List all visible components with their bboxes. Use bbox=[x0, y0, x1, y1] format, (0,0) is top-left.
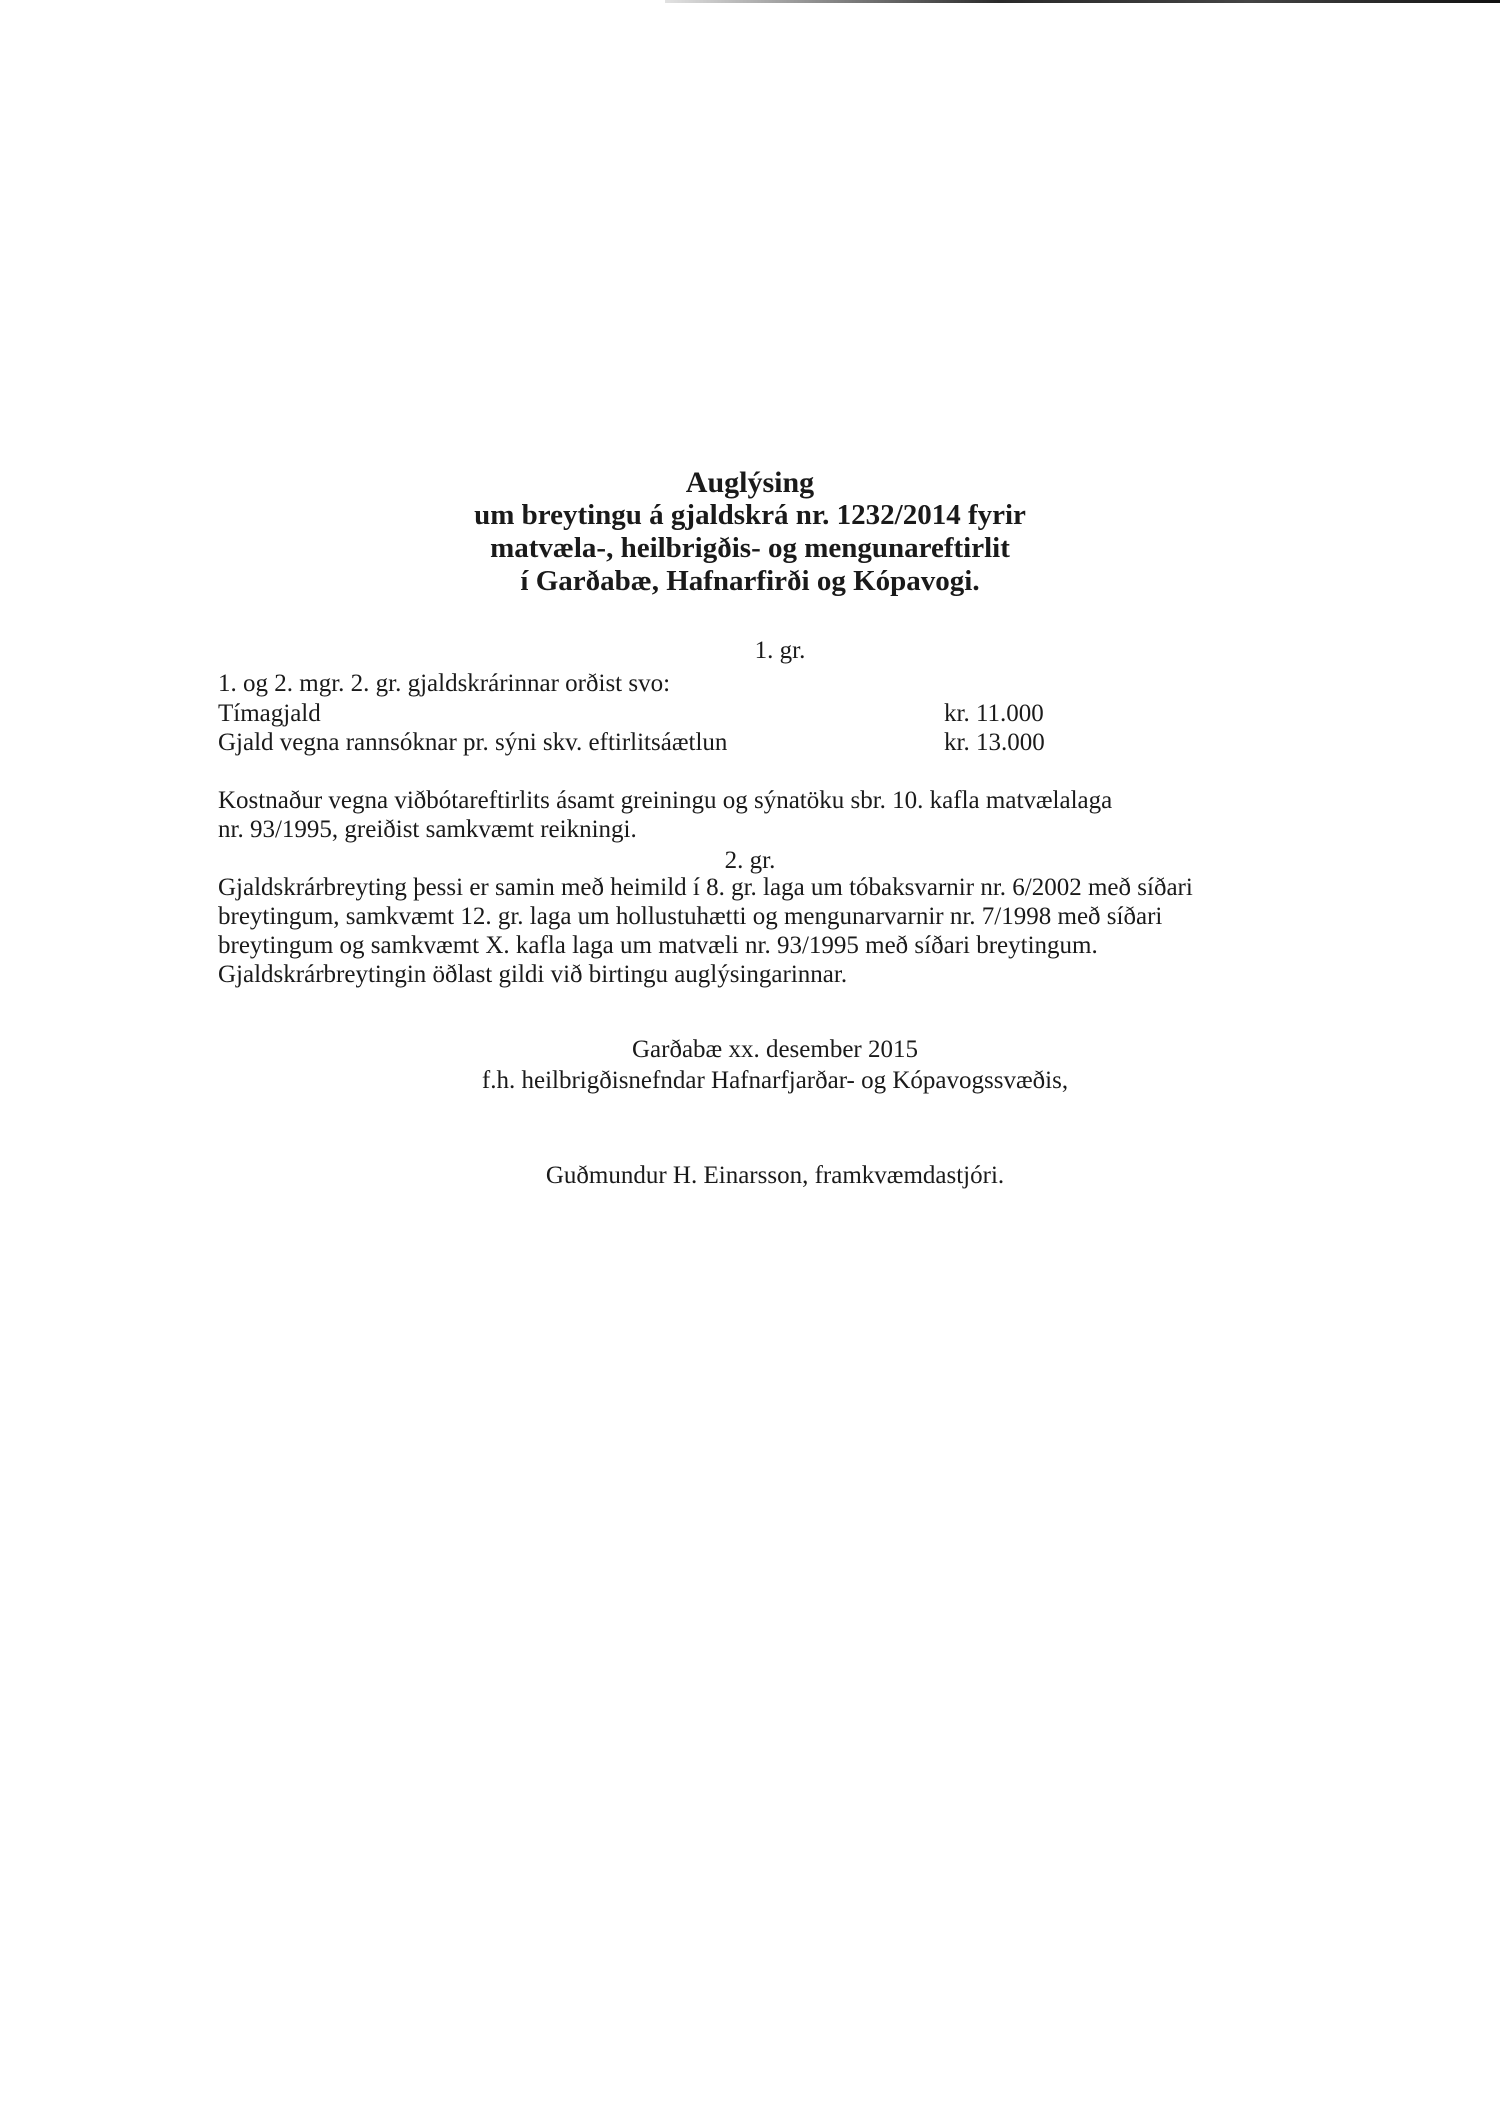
paragraph-line: Kostnaður vegna viðbótareftirlits ásamt … bbox=[218, 786, 1112, 815]
paragraph-line: breytingum og samkvæmt X. kafla laga um … bbox=[218, 931, 1193, 960]
scan-edge-artifact bbox=[665, 0, 1500, 3]
fee-amount: kr. 11.000 bbox=[944, 700, 1042, 728]
document-title: Auglýsing bbox=[0, 466, 1500, 499]
fee-row: Gjald vegna rannsóknar pr. sýni skv. eft… bbox=[218, 729, 1042, 757]
signature-on-behalf: f.h. heilbrigðisnefndar Hafnarfjarðar- o… bbox=[0, 1066, 1500, 1095]
subtitle-line-3: í Garðabæ, Hafnarfirði og Kópavogi. bbox=[0, 565, 1500, 598]
subtitle-line-2: matvæla-, heilbrigðis- og mengunareftirl… bbox=[0, 532, 1500, 565]
signature-place-date: Garðabæ xx. desember 2015 bbox=[0, 1035, 1500, 1064]
article-2-heading: 2. gr. bbox=[0, 847, 1500, 875]
fee-amount: kr. 13.000 bbox=[944, 729, 1042, 757]
subtitle-line-1: um breytingu á gjaldskrá nr. 1232/2014 f… bbox=[0, 499, 1500, 532]
paragraph-line: nr. 93/1995, greiðist samkvæmt reikningi… bbox=[218, 815, 1112, 844]
fee-label: Gjald vegna rannsóknar pr. sýni skv. eft… bbox=[218, 729, 727, 757]
article-1-heading: 1. gr. bbox=[0, 637, 1500, 665]
paragraph-line: Gjaldskrárbreytingin öðlast gildi við bi… bbox=[218, 960, 1193, 989]
fee-row: Tímagjald kr. 11.000 bbox=[218, 700, 1042, 728]
article-2-paragraph: Gjaldskrárbreyting þessi er samin með he… bbox=[218, 873, 1193, 989]
paragraph-line: Gjaldskrárbreyting þessi er samin með he… bbox=[218, 873, 1193, 902]
article-1-intro: 1. og 2. mgr. 2. gr. gjaldskrárinnar orð… bbox=[218, 670, 670, 698]
document-title-block: Auglýsing um breytingu á gjaldskrá nr. 1… bbox=[0, 466, 1500, 598]
signatory: Guðmundur H. Einarsson, framkvæmdastjóri… bbox=[0, 1161, 1500, 1190]
paragraph-line: breytingum, samkvæmt 12. gr. laga um hol… bbox=[218, 902, 1193, 931]
fee-label: Tímagjald bbox=[218, 700, 321, 728]
article-1-paragraph: Kostnaður vegna viðbótareftirlits ásamt … bbox=[218, 786, 1112, 844]
